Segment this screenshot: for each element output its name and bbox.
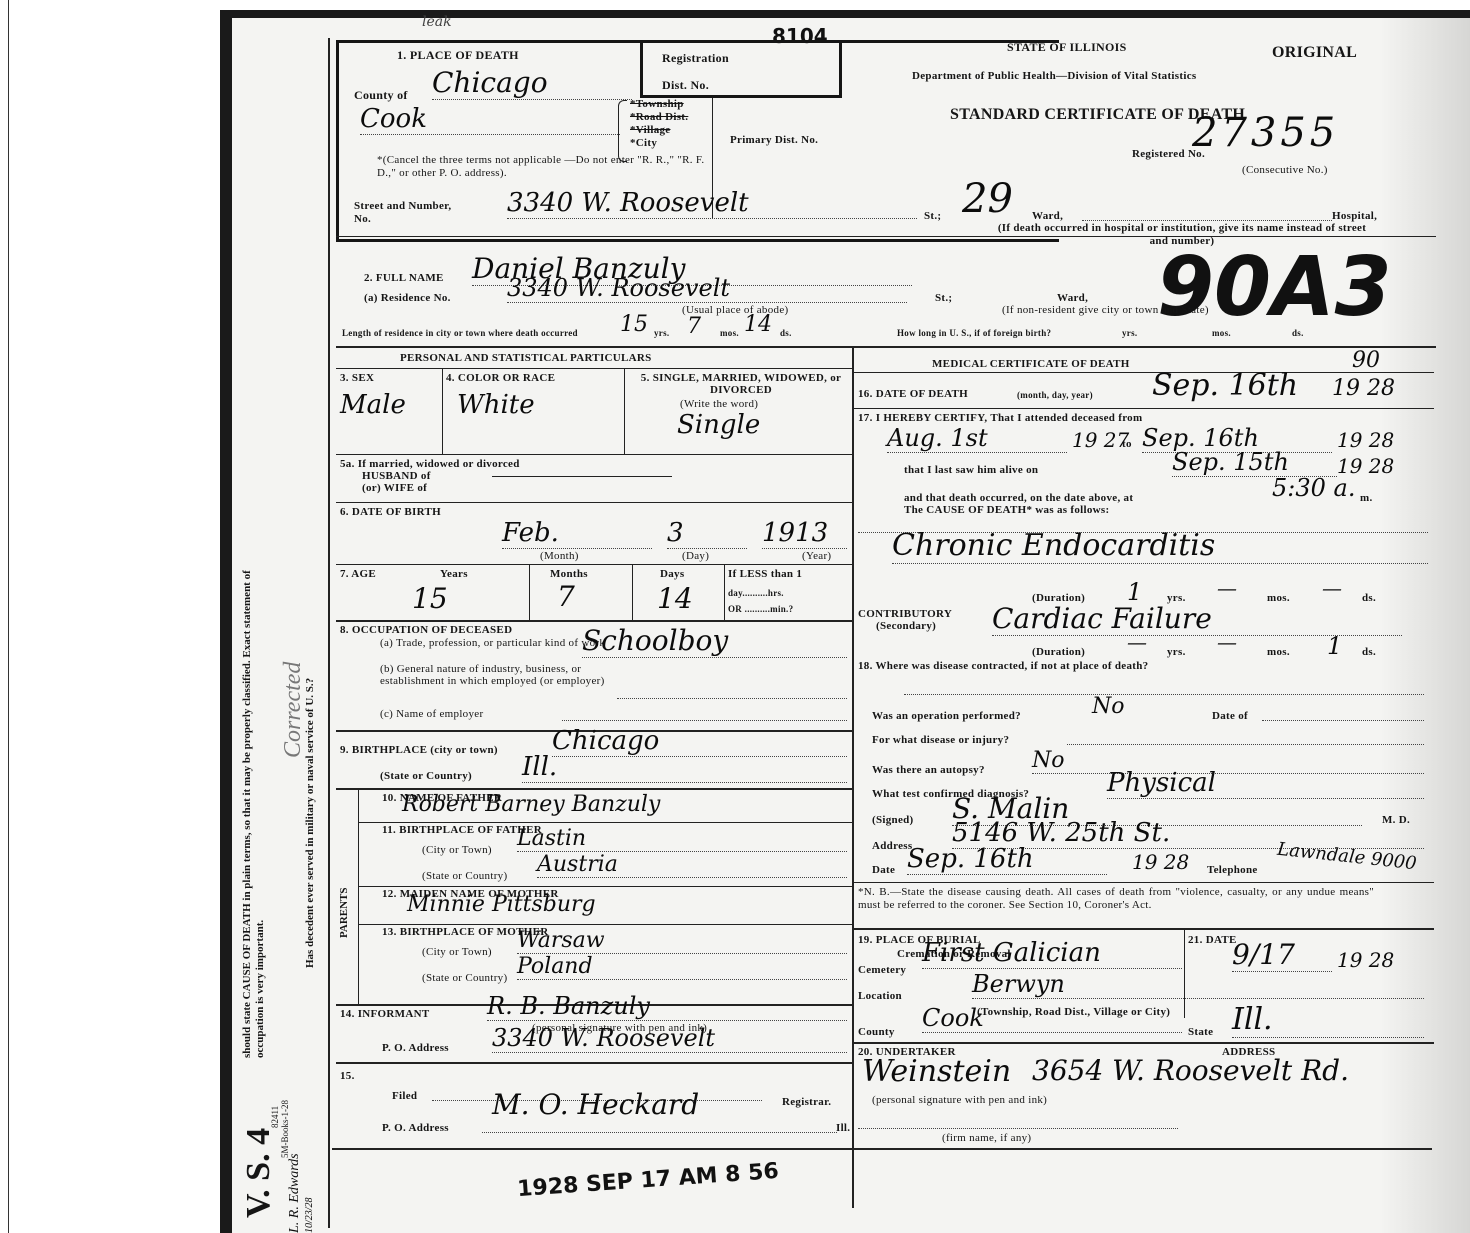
father-city-label: (City or Town) (422, 844, 492, 856)
autopsy-label: Was there an autopsy? (872, 764, 985, 776)
spouse-label-1: 5a. If married, widowed or divorced (340, 458, 520, 470)
township-value: Cook (360, 104, 620, 135)
age-years-label: Years (440, 568, 468, 580)
place-of-death-label: 1. PLACE OF DEATH (397, 48, 519, 63)
ill-label: Ill. (836, 1122, 850, 1134)
father-country-value: Austria (537, 852, 847, 878)
dob-year: 1913 (762, 518, 847, 549)
divider (358, 924, 852, 925)
divider (854, 408, 1434, 409)
location-value: Berwyn (972, 970, 1424, 999)
date-label: Date (872, 864, 895, 876)
informant-value: R. B. Banzuly (487, 992, 847, 1021)
contrib-duration-mos: — (1217, 630, 1237, 654)
street-label: Street and Number, No. (354, 200, 454, 226)
contrib-ds-label: ds. (1362, 646, 1376, 658)
last-saw-label: that I last saw him alive on (904, 464, 1038, 476)
file-mark: 90A3 (1157, 240, 1392, 335)
time-value: 5:30 a. (1272, 474, 1355, 502)
divider (336, 564, 852, 565)
nb-note: *N. B.—State the disease causing death. … (858, 886, 1374, 912)
contrib-duration-yrs: — (1127, 630, 1147, 654)
last-saw-value: Sep. 15th (1172, 448, 1337, 477)
divider (854, 372, 1434, 373)
occupation-label: 8. OCCUPATION OF DECEASED (340, 624, 512, 636)
street-value: 3340 W. Roosevelt (507, 188, 917, 219)
burial-state-value: Ill. (1232, 1002, 1424, 1038)
terms-list: *Township *Road Dist. *Village *City (630, 98, 688, 150)
side-instruction-2: occupation is very important. (254, 920, 266, 1058)
corner-mark: 90 (1352, 348, 1380, 373)
dob-month: Feb. (502, 518, 652, 549)
dod-value: Sep. 16th (1152, 368, 1298, 403)
age-months-value: 7 (557, 580, 575, 613)
state-heading: STATE OF ILLINOIS (1007, 40, 1127, 55)
full-name-label: 2. FULL NAME (364, 272, 444, 284)
us-yrs-label: yrs. (1122, 328, 1137, 338)
mother-city-label: (City or Town) (422, 946, 492, 958)
residence-value: 3340 W. Roosevelt (507, 274, 907, 303)
attended-from-year: 19 27 (1072, 428, 1129, 452)
occupation-c-label: (c) Name of employer (380, 708, 483, 720)
hospital-label: Hospital, (1332, 210, 1377, 222)
divider (336, 620, 852, 622)
side-handwritten-note: L. R. Edwards (287, 1153, 303, 1233)
burial-county-value: Cook (922, 1004, 1182, 1033)
page-margin-line (8, 0, 9, 1233)
race-value: White (457, 390, 535, 420)
corrected-label: Corrected (280, 662, 307, 758)
contributory-value: Cardiac Failure (992, 602, 1402, 636)
ward-value: 29 (962, 176, 1013, 222)
age-years-value: 15 (412, 582, 448, 615)
father-value: Robert Barney Banzuly (402, 792, 660, 817)
side-handwritten-date: 10/23/28 (304, 1197, 315, 1233)
mother-country-value: Poland (517, 954, 847, 980)
contrib-duration-ds: 1 (1327, 632, 1342, 660)
divider (332, 1148, 1432, 1150)
undertaker-signature: Weinstein (862, 1054, 1011, 1089)
q18-line (904, 694, 1424, 695)
disease-injury-line (1067, 744, 1424, 745)
received-stamp: 1928 SEP 17 AM 8 56 (516, 1159, 779, 1202)
spouse-label-2: HUSBAND of (362, 470, 431, 482)
side-divider (328, 38, 330, 1228)
certificate-page: V. S. 4 should state CAUSE OF DEATH in p… (232, 18, 1470, 1233)
cause-label: The CAUSE OF DEATH* was as follows: (904, 504, 1109, 516)
filed-number: 15. (340, 1070, 355, 1082)
divider (336, 368, 852, 369)
signed-label: (Signed) (872, 814, 914, 826)
informant-address-label: P. O. Address (382, 1042, 449, 1054)
undertaker-address: 3654 W. Roosevelt Rd. (1032, 1054, 1349, 1087)
contrib-mos-label: mos. (1267, 646, 1290, 658)
length-yrs-value: 15 (620, 312, 648, 337)
divider (854, 882, 1434, 883)
occupation-value: Schoolboy (582, 624, 847, 658)
original-label: ORIGINAL (1272, 44, 1357, 62)
divider (336, 502, 852, 503)
marital-value: Single (677, 410, 760, 440)
divider (336, 346, 1436, 348)
dod-hint: (month, day, year) (1017, 390, 1093, 400)
marital-hint: (Write the word) (680, 398, 758, 410)
occupation-c-line (562, 720, 847, 721)
cemetery-value: First Galician (922, 938, 1182, 969)
divider (358, 822, 852, 823)
operation-label: Was an operation performed? (872, 710, 1021, 722)
divider (358, 886, 852, 887)
registrar-label: Registrar. (782, 1096, 831, 1108)
cause-value: Chronic Endocarditis (892, 528, 1428, 564)
undertaker-signature-note: (personal signature with pen and ink) (872, 1094, 1047, 1106)
contrib-yrs-label: yrs. (1167, 646, 1186, 658)
residence-label: (a) Residence No. (364, 292, 451, 304)
column-divider (852, 348, 854, 1208)
parents-label: PARENTS (338, 887, 350, 938)
dod-label: 16. DATE OF DEATH (858, 388, 968, 400)
registered-no-value: 27355 (1192, 110, 1339, 156)
mother-value: Minnie Pittsburg (407, 892, 596, 917)
us-ds-label: ds. (1292, 328, 1304, 338)
birthplace-state-label: (State or Country) (380, 770, 472, 782)
divider (336, 454, 852, 455)
personal-heading: PERSONAL AND STATISTICAL PARTICULARS (400, 352, 652, 364)
burial-county-label: County (858, 1026, 895, 1038)
spouse-label-3: (or) WIFE of (362, 482, 427, 494)
telephone-label: Telephone (1207, 864, 1258, 876)
county-label: County of (354, 88, 408, 103)
firm-line (858, 1128, 1178, 1129)
cause-duration-mos: — (1217, 576, 1237, 600)
registrar-address-line (482, 1132, 837, 1133)
side-instruction-1: should state CAUSE OF DEATH in plain ter… (241, 570, 253, 1058)
length-residence-label: Length of residence in city or town wher… (342, 328, 578, 338)
form-code: V. S. 4 (240, 1128, 278, 1218)
ds-label: ds. (780, 328, 792, 338)
occurred-label: and that death occurred, on the date abo… (904, 492, 1133, 504)
medical-heading: MEDICAL CERTIFICATE OF DEATH (932, 358, 1130, 370)
certify-label: 17. I HEREBY CERTIFY, That I attended de… (858, 412, 1142, 424)
top-handwritten-note: leak (422, 14, 452, 30)
print-code: 82411 (270, 1106, 280, 1128)
mos-label: mos. (720, 328, 739, 338)
date21-label: 21. DATE (1188, 934, 1237, 946)
sex-label: 3. SEX (340, 372, 374, 384)
informant-address-value: 3340 W. Roosevelt (492, 1024, 847, 1053)
divider (854, 928, 1434, 930)
department-label: Department of Public Health—Division of … (912, 70, 1196, 82)
dob-day: 3 (667, 518, 747, 549)
hospital-line (1082, 220, 1332, 221)
divider (632, 564, 633, 620)
cause-duration-ds: — (1322, 576, 1342, 600)
or-min-label: OR ..........min.? (728, 604, 793, 614)
divider (336, 236, 1436, 237)
attended-to-year: 19 28 (1337, 428, 1394, 452)
divider (336, 788, 852, 790)
yrs-label: yrs. (654, 328, 669, 338)
print-run: 5M-Books-1-28 (280, 1100, 290, 1158)
burial-year: 19 28 (1337, 948, 1394, 972)
nonresident-note: (If non-resident give city or town and S… (1002, 304, 1209, 316)
race-label: 4. COLOR OR RACE (446, 372, 555, 384)
physician-date: Sep. 16th (907, 844, 1107, 875)
occupation-b-label: (b) General nature of industry, business… (380, 663, 640, 687)
birthplace-state-value: Ill. (522, 752, 847, 783)
registration-label: Registration (662, 51, 729, 66)
occupation-b-line (617, 698, 847, 699)
registrar-signature: M. O. Heckard (492, 1088, 699, 1121)
day-hrs-label: day..........hrs. (728, 588, 784, 598)
us-mos-label: mos. (1212, 328, 1231, 338)
divider (624, 368, 625, 454)
m-label: m. (1360, 492, 1373, 504)
street-st-label: St.; (924, 210, 941, 222)
marital-label: 5. SINGLE, MARRIED, WIDOWED, or DIVORCED (630, 372, 852, 396)
burial-state-label: State (1188, 1026, 1213, 1038)
mother-city-value: Warsaw (517, 928, 847, 954)
length-ds-value: 14 (744, 312, 772, 337)
divider (854, 1042, 1434, 1044)
location-label: Location (858, 990, 902, 1002)
us-residence-label: How long in U. S., if of foreign birth? (897, 328, 1051, 338)
contributory-label: CONTRIBUTORY (858, 608, 952, 620)
firm-label: (firm name, if any) (942, 1132, 1031, 1144)
age-label: 7. AGE (340, 568, 376, 580)
registrar-address-label: P. O. Address (382, 1122, 449, 1134)
consecutive-label: (Consecutive No.) (1242, 164, 1328, 176)
dod-year: 19 28 (1332, 376, 1395, 401)
q18-label: 18. Where was disease contracted, if not… (858, 660, 1148, 672)
filed-label: Filed (392, 1090, 417, 1102)
informant-label: 14. INFORMANT (340, 1008, 429, 1020)
length-mos-value: 7 (687, 314, 701, 339)
term-city: *City (630, 137, 688, 150)
divider (442, 368, 443, 454)
day-label: (Day) (682, 550, 709, 562)
date-of-label: Date of (1212, 710, 1248, 722)
contrib-duration-label: (Duration) (1032, 646, 1085, 658)
residence-st-label: St.; (935, 292, 952, 304)
divider (529, 564, 530, 620)
disease-injury-label: For what disease or injury? (872, 734, 1009, 746)
dob-label: 6. DATE OF BIRTH (340, 506, 441, 518)
age-days-label: Days (660, 568, 684, 580)
mother-country-label: (State or Country) (422, 972, 507, 984)
operation-value: No (1092, 694, 1125, 719)
residence-ward-label: Ward, (1057, 292, 1088, 304)
ward-label: Ward, (1032, 210, 1063, 222)
father-country-label: (State or Country) (422, 870, 507, 882)
spouse-value-line (492, 476, 672, 477)
year-label: (Year) (802, 550, 831, 562)
attended-from: Aug. 1st (887, 424, 1067, 453)
divider (336, 1062, 852, 1064)
primary-dist-label: Primary Dist. No. (730, 134, 840, 147)
term-road-dist: *Road Dist. (630, 111, 688, 124)
burial-date: 9/17 (1232, 938, 1332, 972)
cemetery-label: Cemetery (858, 964, 906, 976)
age-days-value: 14 (657, 582, 693, 615)
father-city-value: Lastin (517, 826, 847, 852)
to-label: to (1122, 438, 1132, 450)
date-of-line (1262, 720, 1424, 721)
month-label: (Month) (540, 550, 579, 562)
sex-value: Male (340, 390, 406, 420)
divider (724, 564, 725, 620)
less-than-label: If LESS than 1 (728, 568, 802, 580)
age-months-label: Months (550, 568, 588, 580)
dist-no-label: Dist. No. (662, 78, 709, 93)
secondary-label: (Secondary) (876, 620, 936, 632)
cancel-note: *(Cancel the three terms not applicable … (377, 154, 707, 180)
physician-date-year: 19 28 (1132, 850, 1189, 874)
term-township: *Township (630, 98, 688, 111)
terms-bracket (618, 100, 627, 162)
birthplace-label: 9. BIRTHPLACE (city or town) (340, 744, 498, 756)
term-village: *Village (630, 124, 688, 137)
county-value: Chicago (432, 66, 632, 100)
